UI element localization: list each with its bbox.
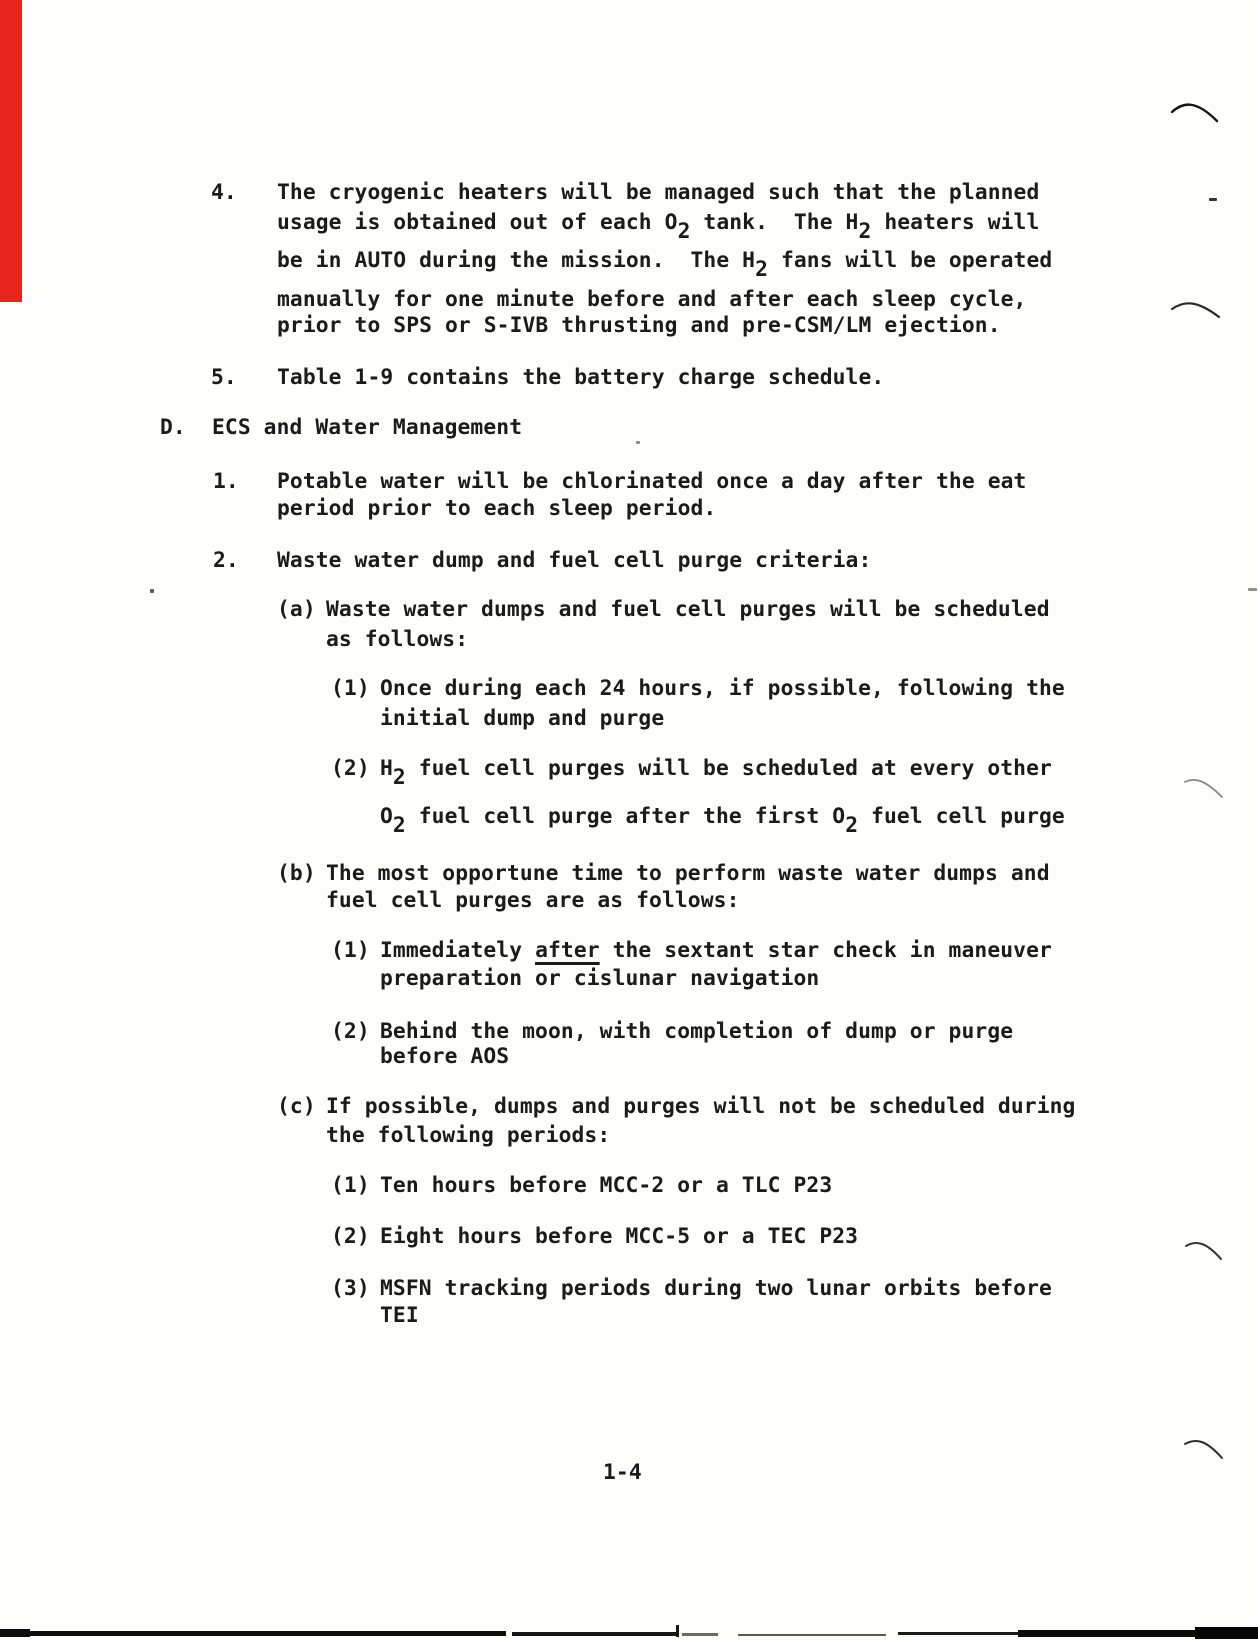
list-item-text: prior to SPS or S-IVB thrusting and pre-… [277,313,1001,339]
list-item-number: 4. [211,180,237,206]
subscript-2: 2 [858,219,871,245]
scan-arc-artifact [1170,297,1222,321]
text-segment: fans will be operated [768,248,1052,273]
scan-speck [1248,588,1257,591]
list-item-letter: (b) [277,861,316,887]
list-item-number: 2. [213,548,239,574]
list-item-text: O2 fuel cell purge after the first O2 fu… [380,804,1065,830]
subscript-2: 2 [755,257,768,283]
text-segment: tank. The H [691,210,859,235]
list-item-letter: (c) [277,1094,316,1120]
list-item-number: (1) [331,676,370,702]
list-item-text: fuel cell purges are as follows: [326,888,740,914]
list-item-text: The most opportune time to perform waste… [326,861,1050,887]
list-item-text: TEI [380,1303,419,1329]
list-item-number: (3) [331,1276,370,1302]
list-item-number: (2) [331,756,370,782]
list-item-number: (2) [331,1224,370,1250]
list-item-text: Table 1-9 contains the battery charge sc… [277,365,884,391]
list-item-text: If possible, dumps and purges will not b… [326,1094,1075,1120]
bottom-scan-line-segment [0,1631,506,1636]
text-segment: fuel cell purge [858,804,1065,829]
red-edge-bar [0,0,22,302]
document-page: 4. The cryogenic heaters will be managed… [0,0,1258,1640]
list-item-text: MSFN tracking periods during two lunar o… [380,1276,1052,1302]
text-segment: H [380,756,393,781]
scan-arc-artifact [1184,1238,1224,1262]
scan-arc-artifact [1183,1436,1225,1461]
text-segment: fuel cell purge after the first O [406,804,845,829]
text-segment: heaters will [871,210,1039,235]
text-segment: usage is obtained out of each O [277,210,678,235]
bottom-scan-line-segment [1195,1627,1258,1639]
bottom-scan-line-segment [898,1632,1020,1635]
subscript-2: 2 [393,813,406,839]
list-item-text: The cryogenic heaters will be managed su… [277,180,1039,206]
list-item-text: before AOS [380,1044,509,1070]
subscript-2: 2 [678,219,691,245]
list-item-text: be in AUTO during the mission. The H2 fa… [277,248,1052,274]
bottom-scan-line-segment [512,1632,678,1636]
list-item-number: (2) [331,1019,370,1045]
list-item-number: (1) [331,1173,370,1199]
text-segment: fuel cell purges will be scheduled at ev… [406,756,1052,781]
bottom-scan-line-segment [676,1625,679,1637]
section-title: ECS and Water Management [212,415,522,441]
list-item-text: Once during each 24 hours, if possible, … [380,676,1065,702]
text-segment: the sextant star check in maneuver [600,938,1052,963]
list-item-text: the following periods: [326,1123,610,1149]
scan-arc-artifact [1170,99,1220,125]
list-item-text: period prior to each sleep period. [277,496,716,522]
list-item-letter: (a) [277,597,316,623]
scan-arc-artifact [1183,774,1225,800]
subscript-2: 2 [393,765,406,791]
subscript-2: 2 [845,813,858,839]
text-segment: O [380,804,393,829]
list-item-text: Waste water dump and fuel cell purge cri… [277,548,871,574]
list-item-text: Ten hours before MCC-2 or a TLC P23 [380,1173,832,1199]
bottom-scan-line-segment [738,1634,886,1636]
list-item-text: Potable water will be chlorinated once a… [277,469,1026,495]
list-item-text: manually for one minute before and after… [277,287,1026,313]
list-item-number: (1) [331,938,370,964]
list-item-text: Eight hours before MCC-5 or a TEC P23 [380,1224,858,1250]
bottom-scan-line-segment [682,1633,718,1636]
list-item-text: initial dump and purge [380,706,664,732]
list-item-number: 5. [211,365,237,391]
list-item-text: Behind the moon, with completion of dump… [380,1019,1013,1045]
scan-speck [636,441,640,444]
page-number: 1-4 [603,1460,642,1486]
underlined-word: after [535,938,600,963]
section-letter: D. [160,415,186,441]
text-segment: Immediately [380,938,535,963]
list-item-text: H2 fuel cell purges will be scheduled at… [380,756,1052,782]
list-item-number: 1. [213,469,239,495]
list-item-text: preparation or cislunar navigation [380,966,819,992]
scan-speck [1209,198,1217,201]
text-segment: be in AUTO during the mission. The H [277,248,755,273]
list-item-text: usage is obtained out of each O2 tank. T… [277,210,1039,236]
scan-speck [150,589,154,593]
list-item-text: Waste water dumps and fuel cell purges w… [326,597,1050,623]
list-item-text: as follows: [326,627,468,653]
list-item-text: Immediately after the sextant star check… [380,938,1052,964]
